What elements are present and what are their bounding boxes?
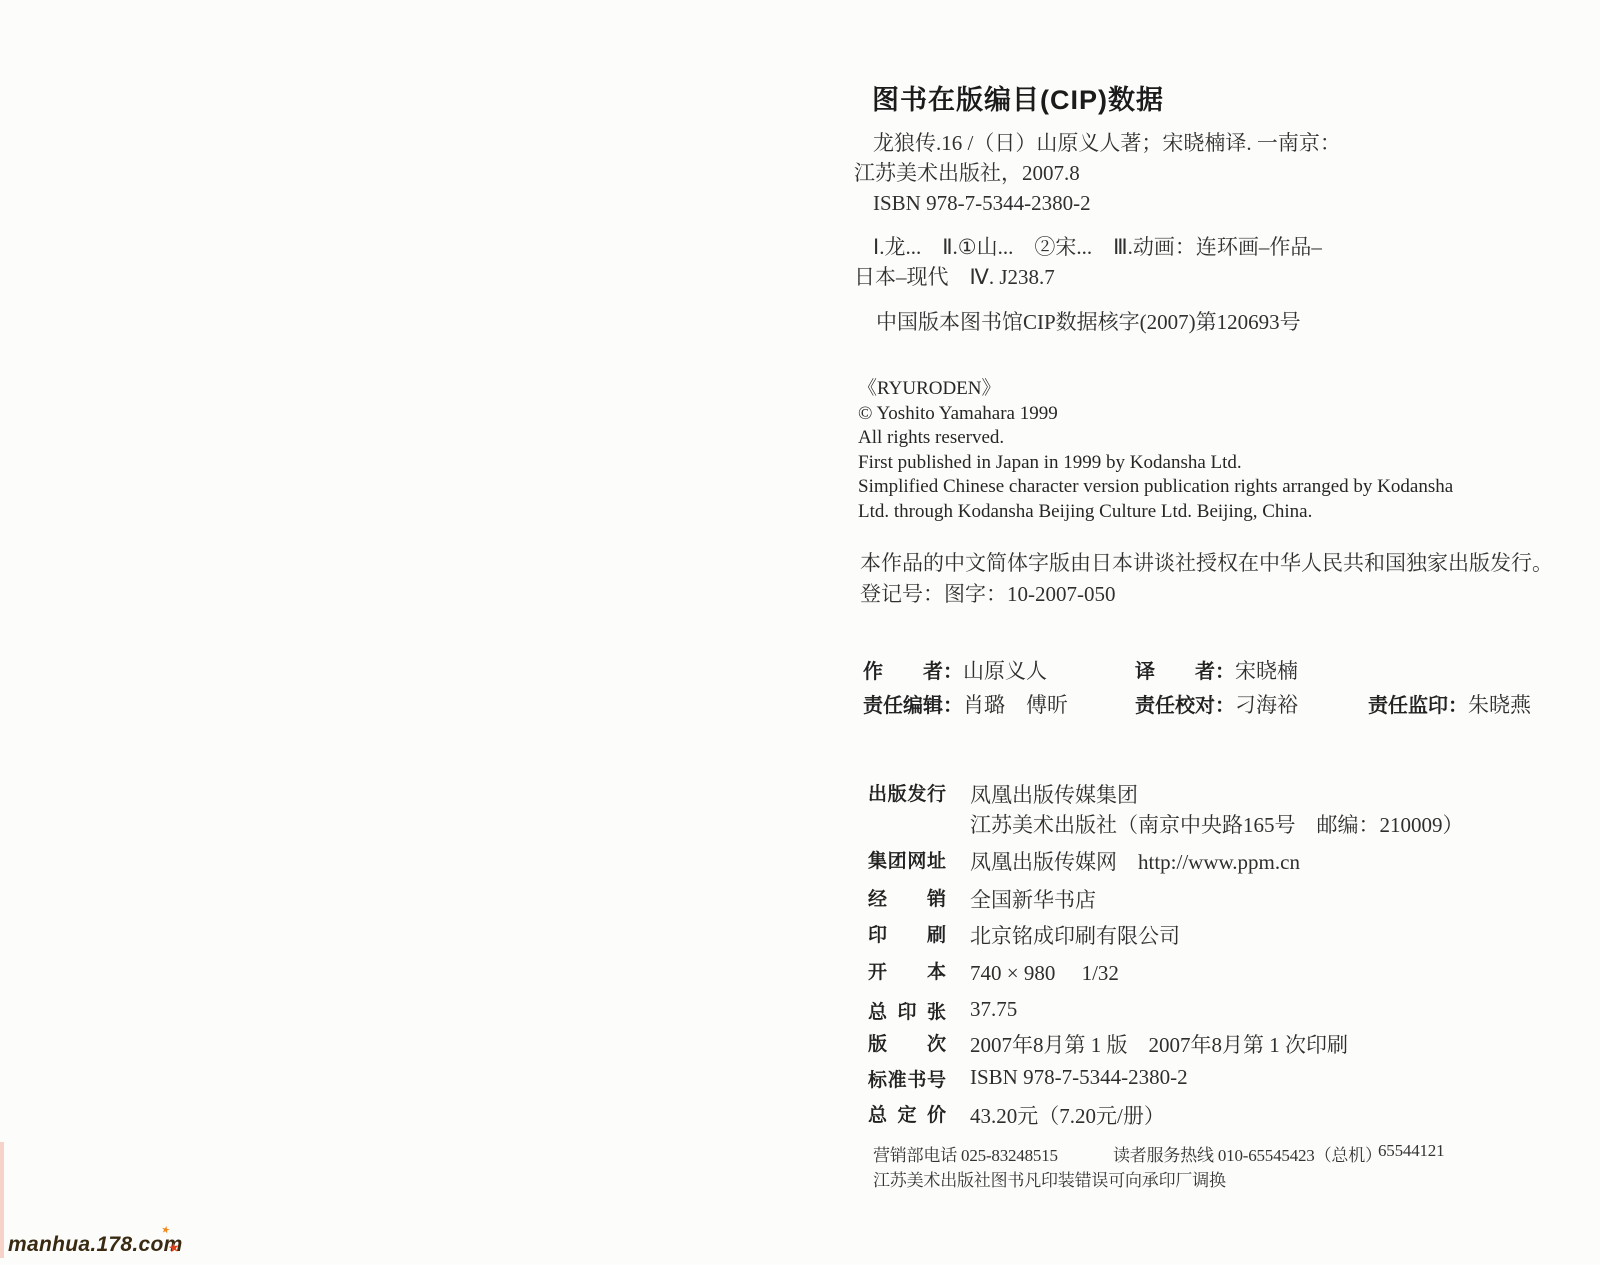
credit-editor: 责任编辑：肖璐 傅昕 — [863, 689, 1068, 719]
colophon-row-website: 集团网址 凤凰出版传媒网 http://www.ppm.cn — [0, 846, 1600, 874]
colophon-label: 开本 — [868, 957, 946, 984]
colophon-value: 2007年8月第 1 版 2007年8月第 1 次印刷 — [970, 1029, 1348, 1059]
colophon-value: ISBN 978-7-5344-2380-2 — [970, 1065, 1188, 1090]
colophon-row-publisher-address: 江苏美术出版社（南京中央路165号 邮编：210009） — [0, 809, 1600, 837]
credit-proofreader: 责任校对：刁海裕 — [1135, 689, 1298, 719]
colophon-row-printer: 印刷 北京铭成印刷有限公司 — [0, 920, 1600, 948]
translator-name: 宋晓楠 — [1235, 659, 1298, 683]
cip-line-isbn: ISBN 978-7-5344-2380-2 — [854, 188, 1341, 218]
credit-print-supervisor: 责任监印：朱晓燕 — [1368, 689, 1531, 719]
english-copyright-block: 《RYURODEN》 © Yoshito Yamahara 1999 All r… — [858, 377, 1453, 525]
editor-label: 责任编辑： — [863, 695, 963, 717]
authorization-statement: 本作品的中文简体字版由日本讲谈社授权在中华人民共和国独家出版发行。 — [860, 548, 1553, 579]
work-title-en: 《RYURODEN》 — [858, 377, 1453, 402]
rights-arranged-2: Ltd. through Kodansha Beijing Culture Lt… — [858, 500, 1453, 525]
colophon-row-isbn: 标准书号 ISBN 978-7-5344-2380-2 — [0, 1065, 1600, 1093]
colophon-label: 集团网址 — [868, 846, 946, 873]
classification-line-1: Ⅰ.龙... Ⅱ.①山... ②宋... Ⅲ.动画：连环画–作品– — [854, 232, 1322, 262]
service-hotline: 读者服务热线 010-65545423（总机） — [1113, 1141, 1382, 1166]
proofreader-name: 刁海裕 — [1235, 693, 1298, 717]
authorization-block: 本作品的中文简体字版由日本讲谈社授权在中华人民共和国独家出版发行。 登记号：图字… — [860, 548, 1553, 610]
translator-label: 译 者： — [1135, 661, 1235, 683]
colophon-row-sheets: 总印张 37.75 — [0, 997, 1600, 1025]
colophon-row-distribution: 经销 全国新华书店 — [0, 884, 1600, 912]
colophon-label: 总定价 — [868, 1100, 946, 1127]
colophon-value: 全国新华书店 — [970, 884, 1096, 914]
rights-reserved: All rights reserved. — [858, 426, 1453, 451]
colophon-row-publisher: 出版发行 凤凰出版传媒集团 — [0, 779, 1600, 807]
editor-names: 肖璐 傅昕 — [963, 693, 1068, 717]
colophon-label: 印刷 — [868, 920, 946, 947]
print-supervisor-name: 朱晓燕 — [1468, 693, 1531, 717]
site-watermark: manhua.178.com — [8, 1233, 183, 1257]
colophon-value: 凤凰出版传媒网 http://www.ppm.cn — [970, 846, 1300, 876]
star-icon: ★ — [167, 1239, 181, 1256]
credit-author: 作 者：山原义人 — [863, 655, 1047, 685]
scan-edge-artifact — [0, 1142, 4, 1258]
colophon-row-edition: 版次 2007年8月第 1 版 2007年8月第 1 次印刷 — [0, 1029, 1600, 1057]
author-label: 作 者： — [863, 661, 963, 683]
colophon-row-format: 开本 740 × 980 1/32 — [0, 957, 1600, 985]
colophon-value: 740 × 980 1/32 — [970, 957, 1119, 987]
colophon-label: 标准书号 — [868, 1065, 946, 1092]
cip-record-number: 中国版本图书馆CIP数据核字(2007)第120693号 — [876, 306, 1301, 336]
colophon-value: 北京铭成印刷有限公司 — [970, 920, 1180, 950]
colophon-label: 经销 — [868, 884, 946, 911]
colophon-label: 出版发行 — [868, 779, 946, 806]
cip-line-publisher: 江苏美术出版社，2007.8 — [854, 158, 1341, 188]
print-supervisor-label: 责任监印： — [1368, 695, 1468, 717]
colophon-value: 江苏美术出版社（南京中央路165号 邮编：210009） — [970, 809, 1464, 839]
colophon-label: 版次 — [868, 1029, 946, 1056]
cip-classification-block: Ⅰ.龙... Ⅱ.①山... ②宋... Ⅲ.动画：连环画–作品– 日本–现代 … — [854, 232, 1322, 292]
proofreader-label: 责任校对： — [1135, 695, 1235, 717]
cip-catalog-block: 龙狼传.16 /（日）山原义人著；宋晓楠译. 一南京： 江苏美术出版社，2007… — [854, 128, 1341, 218]
misprint-exchange-notice: 江苏美术出版社图书凡印装错误可向承印厂调换 — [873, 1166, 1226, 1191]
author-name: 山原义人 — [963, 659, 1047, 683]
rights-arranged-1: Simplified Chinese character version pub… — [858, 475, 1453, 500]
colophon-value: 37.75 — [970, 997, 1017, 1022]
cip-title: 图书在版编目(CIP)数据 — [872, 78, 1164, 117]
colophon-value: 43.20元（7.20元/册） — [970, 1100, 1165, 1130]
registration-number: 登记号：图字：10-2007-050 — [860, 579, 1553, 610]
colophon-label: 总印张 — [868, 997, 946, 1024]
colophon-row-price: 总定价 43.20元（7.20元/册） — [0, 1100, 1600, 1128]
credit-translator: 译 者：宋晓楠 — [1135, 655, 1298, 685]
classification-line-2: 日本–现代 Ⅳ. J238.7 — [854, 262, 1322, 292]
copyright-holder: © Yoshito Yamahara 1999 — [858, 402, 1453, 427]
marketing-phone: 营销部电话 025-83248515 — [873, 1141, 1058, 1166]
extra-phone: 65544121 — [1378, 1141, 1444, 1161]
colophon-value: 凤凰出版传媒集团 — [970, 779, 1138, 809]
first-published: First published in Japan in 1999 by Koda… — [858, 451, 1453, 476]
cip-line-title-author: 龙狼传.16 /（日）山原义人著；宋晓楠译. 一南京： — [854, 128, 1341, 158]
